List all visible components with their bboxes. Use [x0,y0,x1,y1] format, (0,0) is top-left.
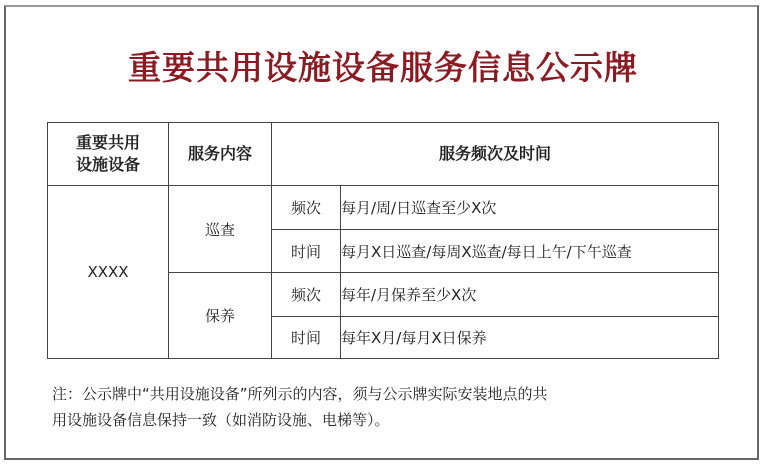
row-value-cell: 每年X月/每月X日保养 [341,317,719,359]
row-label-cell: 频次 [272,273,341,317]
header-equipment-line1: 重要共用 [48,132,168,154]
header-service-content: 服务内容 [169,123,272,186]
footnote-line2: 用设施设备信息保持一致（如消防设施、电梯等）。 [52,407,732,433]
footnote: 注：公示牌中“共用设施设备”所列示的内容，须与公示牌实际安装地点的共 用设施设备… [52,381,732,433]
service-name-cell: 保养 [169,273,272,359]
row-label-cell: 时间 [272,317,341,359]
header-equipment: 重要共用 设施设备 [48,123,169,186]
row-label-cell: 频次 [272,186,341,230]
table-row: XXXX 巡查 频次 每月/周/日巡查至少X次 [48,186,719,230]
page-title: 重要共用设施设备服务信息公示牌 [0,42,766,89]
row-value-cell: 每月X日巡查/每周X巡查/每日上午/下午巡查 [341,230,719,273]
header-frequency-time: 服务频次及时间 [272,123,719,186]
row-value-cell: 每月/周/日巡查至少X次 [341,186,719,230]
equipment-cell: XXXX [48,186,169,359]
row-label-cell: 时间 [272,230,341,273]
header-equipment-line2: 设施设备 [48,154,168,176]
service-name-cell: 巡查 [169,186,272,273]
service-info-table: 重要共用 设施设备 服务内容 服务频次及时间 XXXX 巡查 频次 每月/周/日… [47,122,719,359]
row-value-cell: 每年/月保养至少X次 [341,273,719,317]
footnote-line1: 注：公示牌中“共用设施设备”所列示的内容，须与公示牌实际安装地点的共 [52,381,732,407]
table-header-row: 重要共用 设施设备 服务内容 服务频次及时间 [48,123,719,186]
